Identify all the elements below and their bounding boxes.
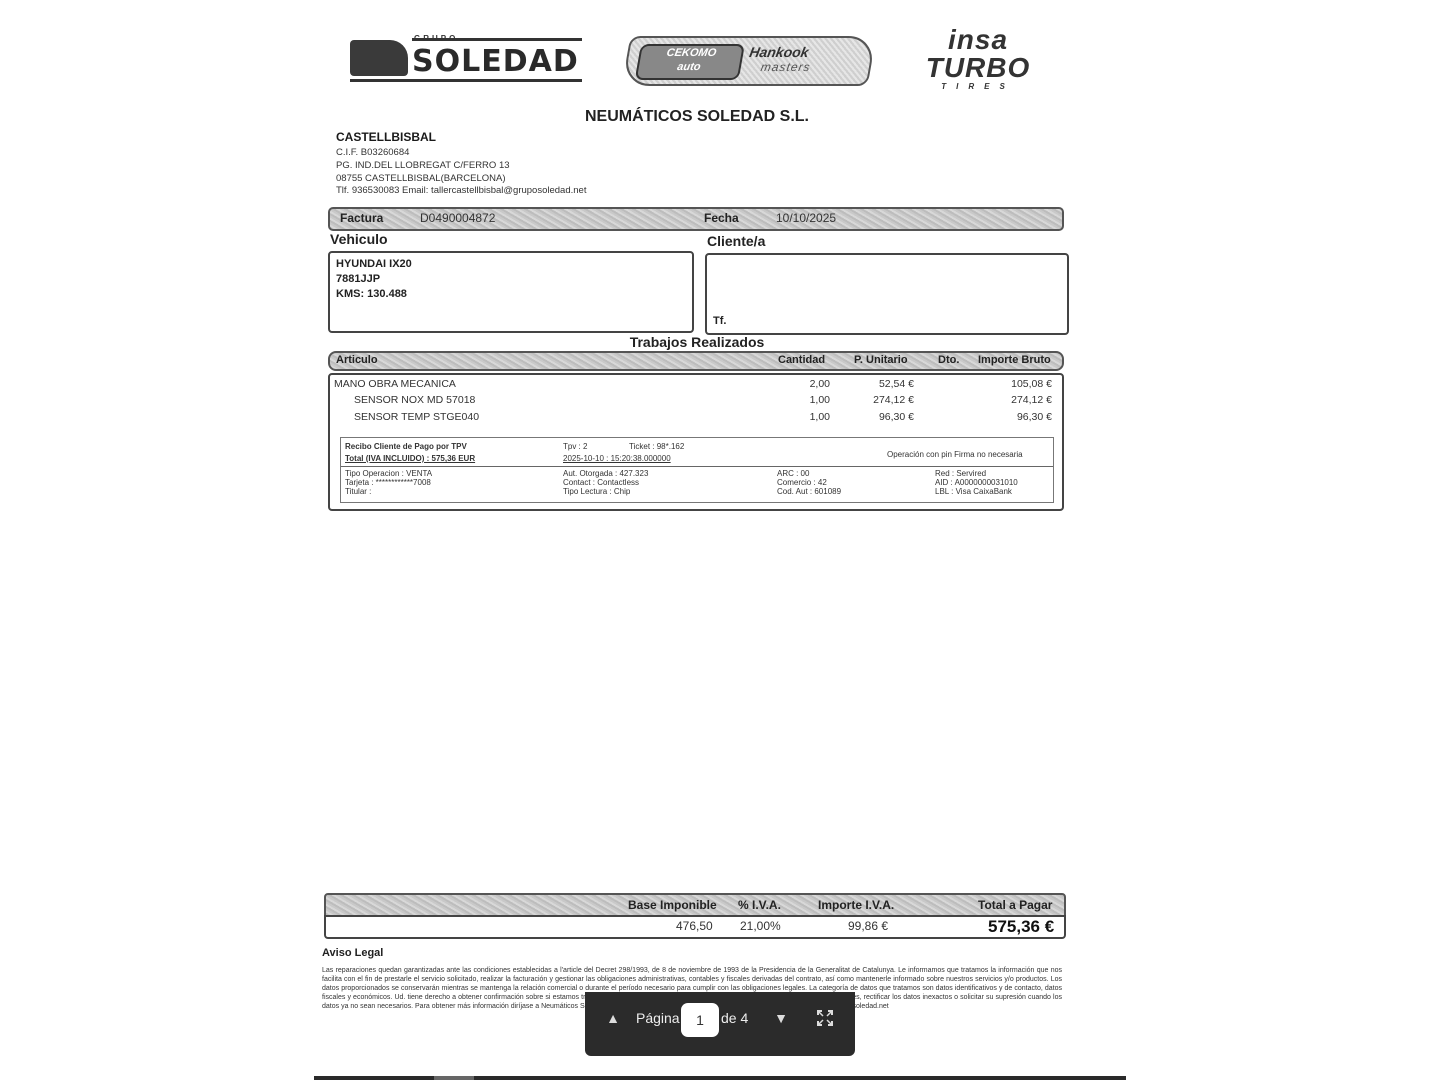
row-unit: 52,54 €: [830, 378, 914, 390]
tpv-red: Red : Servired: [935, 469, 986, 478]
row-article: SENSOR TEMP STGE040: [354, 411, 479, 423]
tpv-total: Total (IVA INCLUIDO) : 575,36 EUR: [345, 454, 475, 463]
col-dto: Dto.: [938, 354, 959, 366]
logo-rule: [350, 79, 582, 82]
tpv-reader: Tipo Lectura : Chip: [563, 487, 630, 496]
tpv-datetime: 2025-10-10 : 15:20:38.000000: [563, 454, 671, 463]
vehicle-plate: 7881JJP: [336, 273, 380, 285]
invoice-header-bar: Factura D0490004872 Fecha 10/10/2025: [328, 207, 1064, 231]
vehicle-model: HYUNDAI IX20: [336, 258, 412, 270]
works-table-body: MANO OBRA MECANICA 2,00 52,54 € 105,08 €…: [328, 373, 1064, 511]
row-gross: 96,30 €: [970, 411, 1052, 423]
logo-masters-text: masters: [760, 60, 812, 74]
col-iva-amount: Importe I.V.A.: [818, 898, 894, 912]
col-total: Total a Pagar: [978, 898, 1052, 912]
base-imponible: 476,50: [676, 919, 713, 933]
tpv-ticket: Ticket : 98*.162: [629, 442, 684, 451]
row-qty: 1,00: [770, 411, 830, 423]
row-qty: 2,00: [770, 378, 830, 390]
logo-insa-turbo: insa TURBO TIRES: [910, 26, 1046, 96]
totals-values: 476,50 21,00% 99,86 € 575,36 €: [324, 915, 1066, 939]
iva-pct: 21,00%: [740, 919, 781, 933]
client-box: Tf.: [705, 253, 1069, 335]
tpv-card: Tarjeta : ************7008: [345, 478, 431, 487]
tpv-auth: Aut. Otorgada : 427.323: [563, 469, 648, 478]
logo-grupo-soledad: GRUPO SOLEDAD: [350, 34, 582, 82]
tpv-contact: Contact : Contactless: [563, 478, 639, 487]
col-importe: Importe Bruto: [978, 354, 1051, 366]
company-title: NEUMÁTICOS SOLEDAD S.L.: [314, 108, 1080, 126]
vehicle-label: Vehiculo: [330, 231, 388, 247]
factura-label: Factura: [340, 211, 383, 225]
total-a-pagar: 575,36 €: [988, 917, 1054, 937]
scrollbar-thumb[interactable]: [434, 1076, 474, 1080]
tpv-receipt: Recibo Cliente de Pago por TPV Total (IV…: [340, 437, 1054, 503]
vehicle-kms: KMS: 130.488: [336, 288, 407, 300]
col-articulo: Articulo: [336, 354, 378, 366]
tpv-comercio: Comercio : 42: [777, 478, 827, 487]
tpv-divider: [341, 466, 1053, 467]
logo-grupo-text: GRUPO: [414, 34, 458, 43]
invoice-page: GRUPO SOLEDAD CEKOMO auto Hankook master…: [314, 0, 1126, 1080]
tpv-op-type: Tipo Operacion : VENTA: [345, 469, 432, 478]
col-iva-pct: % I.V.A.: [738, 898, 781, 912]
tpv-cod-aut: Cod. Aut : 601089: [777, 487, 841, 496]
tpv-holder: Titular :: [345, 487, 371, 496]
pdf-viewer-toolbar: ▲ Página de 4 ▼: [585, 992, 855, 1056]
tpv-note: Operación con pin Firma no necesaria: [887, 450, 1023, 459]
chevron-up-icon[interactable]: ▲: [601, 1006, 625, 1030]
logo-soledad-text: SOLEDAD: [412, 44, 579, 79]
company-branch: CASTELLBISBAL: [336, 130, 436, 144]
company-cif: C.I.F. B03260684: [336, 147, 409, 158]
page-label: Página: [636, 1010, 680, 1026]
company-address: PG. IND.DEL LLOBREGAT C/FERRO 13: [336, 160, 510, 171]
horizontal-scrollbar[interactable]: [314, 1076, 1126, 1080]
row-article: SENSOR NOX MD 57018: [354, 394, 475, 406]
fecha-label: Fecha: [704, 211, 739, 225]
factura-number: D0490004872: [420, 211, 495, 225]
totals-header: Base Imponible % I.V.A. Importe I.V.A. T…: [324, 893, 1066, 917]
col-cantidad: Cantidad: [778, 354, 825, 366]
company-city: 08755 CASTELLBISBAL(BARCELONA): [336, 173, 506, 184]
page-count: de 4: [721, 1010, 748, 1026]
tpv-lbl: LBL : Visa CaixaBank: [935, 487, 1012, 496]
fullscreen-icon[interactable]: [813, 1006, 837, 1030]
row-unit: 96,30 €: [830, 411, 914, 423]
tpv-arc: ARC : 00: [777, 469, 809, 478]
vehicle-box: HYUNDAI IX20 7881JJP KMS: 130.488: [328, 251, 694, 333]
iva-amount: 99,86 €: [848, 919, 888, 933]
table-row: SENSOR NOX MD 57018 1,00 274,12 € 274,12…: [330, 394, 1062, 410]
table-row: MANO OBRA MECANICA 2,00 52,54 € 105,08 €: [330, 378, 1062, 394]
legal-title: Aviso Legal: [322, 947, 383, 959]
fecha-value: 10/10/2025: [776, 211, 836, 225]
row-gross: 274,12 €: [970, 394, 1052, 406]
fullscreen-glyph: [817, 1010, 833, 1026]
table-row: SENSOR TEMP STGE040 1,00 96,30 € 96,30 €: [330, 411, 1062, 427]
client-phone-label: Tf.: [713, 315, 726, 327]
col-unitario: P. Unitario: [854, 354, 908, 366]
logo-cekomo-hankook: CEKOMO auto Hankook masters: [622, 36, 877, 86]
company-contact: Tlf. 936530083 Email: tallercastellbisba…: [336, 185, 586, 196]
logo-cekomo-badge: CEKOMO auto: [635, 44, 745, 80]
row-qty: 1,00: [770, 394, 830, 406]
works-title: Trabajos Realizados: [314, 334, 1080, 350]
client-label: Cliente/a: [707, 233, 765, 249]
tpv-number: Tpv : 2: [563, 442, 587, 451]
col-base: Base Imponible: [628, 898, 717, 912]
chevron-down-icon[interactable]: ▼: [769, 1006, 793, 1030]
row-article: MANO OBRA MECANICA: [334, 378, 456, 390]
tpv-title: Recibo Cliente de Pago por TPV: [345, 442, 467, 451]
row-gross: 105,08 €: [970, 378, 1052, 390]
row-unit: 274,12 €: [830, 394, 914, 406]
eagle-icon: [350, 40, 408, 76]
logo-hankook-text: Hankook: [748, 44, 810, 60]
tpv-aid: AID : A0000000031010: [935, 478, 1018, 487]
works-table-header: Articulo Cantidad P. Unitario Dto. Impor…: [328, 351, 1064, 371]
page-number-input[interactable]: [681, 1003, 719, 1037]
